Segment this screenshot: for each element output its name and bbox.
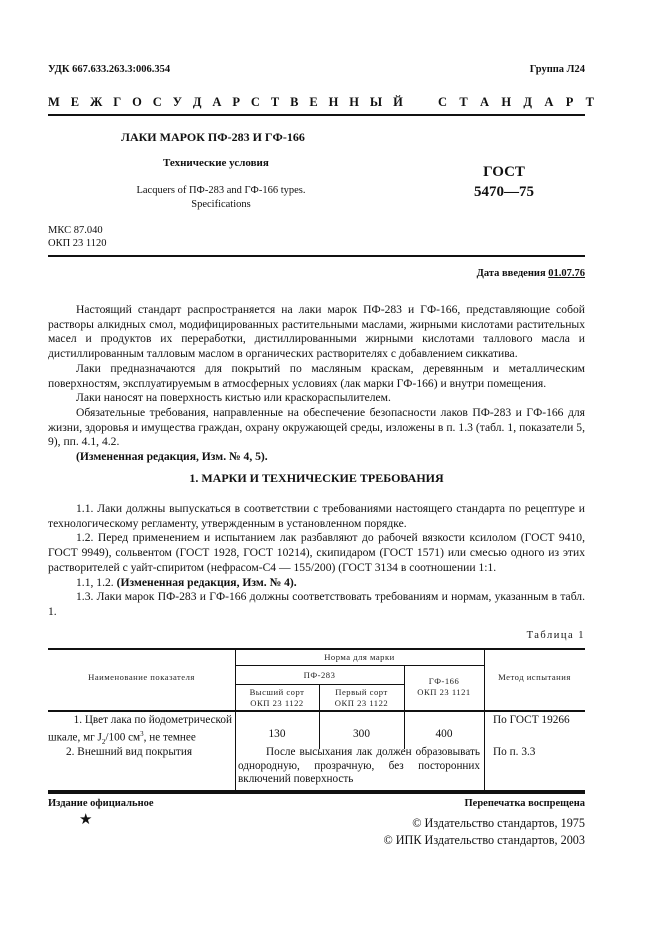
norm-rule (235, 665, 484, 666)
document-subtitle: Технические условия (163, 157, 269, 169)
table-caption: Таблица 1 (527, 630, 585, 641)
row-1-method: По ГОСТ 19266 (493, 714, 570, 726)
clause-1-2: 1.2. Перед применением и испытанием лак … (48, 531, 585, 575)
row-2-merged-value: После высыхания лак должен образовывать … (238, 746, 480, 787)
row-1-unit-pre: шкале, мг J (48, 731, 102, 743)
header-norm: Норма для марки (235, 652, 484, 662)
english-title-line2: Specifications (121, 198, 321, 212)
amendment-prefix: 1.1, 1.2. (76, 576, 114, 589)
table-top-rule (48, 648, 585, 650)
clause-1-3: 1.3. Лаки марок ПФ-283 и ГФ-166 должны с… (48, 590, 585, 619)
header-top-grade-okp: ОКП 23 1122 (235, 698, 319, 709)
row-1-top-grade: 130 (235, 728, 319, 740)
section1-text: 1.1. Лаки должны выпускаться в соответст… (48, 502, 585, 620)
gost-number: 5470—75 (459, 184, 549, 201)
table-row-2-indicator: 2. Внешний вид покрытия (66, 746, 192, 758)
table-header-rule (48, 710, 585, 712)
title-rule (48, 255, 585, 257)
header-indicator: Наименование показателя (48, 672, 235, 682)
header-top-grade: Высший сорт ОКП 23 1122 (235, 687, 319, 709)
intro-text: Настоящий стандарт распространяется на л… (48, 303, 585, 465)
requirements-table: Наименование показателя Норма для марки … (48, 648, 585, 788)
header-gf166: ГФ-166 ОКП 23 1121 (404, 676, 484, 698)
header-first-grade-okp: ОКП 23 1122 (319, 698, 404, 709)
intro-paragraph: Обязательные требования, направленные на… (48, 406, 585, 450)
copyright-1975: © Издательство стандартов, 1975 (383, 815, 585, 832)
header-gf166-name: ГФ-166 (404, 676, 484, 687)
okp-code: ОКП 23 1120 (48, 238, 107, 251)
copyright-block: © Издательство стандартов, 1975 © ИПК Из… (383, 815, 585, 849)
col-divider (484, 648, 485, 790)
header-method: Метод испытания (484, 672, 585, 682)
header-first-grade-name: Первый сорт (319, 687, 404, 698)
section-heading: 1. МАРКИ И ТЕХНИЧЕСКИЕ ТРЕБОВАНИЯ (48, 471, 585, 486)
banner-standard: С Т А Н Д А Р Т (438, 95, 599, 110)
footer-rule (48, 792, 585, 794)
document-title: ЛАКИ МАРОК ПФ-283 И ГФ-166 (121, 130, 305, 145)
clause-1-1: 1.1. Лаки должны выпускаться в соответст… (48, 502, 585, 531)
row-1-indicator-line1: 1. Цвет лака по йодометрической (48, 714, 232, 728)
group-code: Группа Л24 (530, 64, 585, 75)
star-icon: ★ (79, 810, 92, 829)
copyright-2003: © ИПК Издательство стандартов, 2003 (383, 832, 585, 849)
intro-paragraph: Лаки предназначаются для покрытий по мас… (48, 362, 585, 391)
intro-paragraph: Настоящий стандарт распространяется на л… (48, 303, 585, 362)
intro-date-value: 01.07.76 (548, 268, 585, 279)
intro-date-label: Дата введения (477, 268, 546, 279)
english-title: Lacquers of ПФ-283 and ГФ-166 types. Spe… (121, 184, 321, 212)
header-pf283: ПФ-283 (235, 670, 404, 680)
gost-label: ГОСТ (459, 164, 549, 181)
official-edition: Издание официальное (48, 798, 154, 809)
header-top-grade-name: Высший сорт (235, 687, 319, 698)
classification-codes: МКС 87.040 ОКП 23 1120 (48, 225, 107, 250)
row-2-method: По п. 3.3 (493, 746, 535, 758)
reprint-notice: Перепечатка воспрещена (465, 798, 585, 809)
header-rule (48, 114, 585, 116)
banner-interstate: М Е Ж Г О С У Д А Р С Т В Е Н Н Ы Й (48, 95, 407, 110)
row-1-unit-mid: /100 см (105, 731, 140, 743)
table-row-1-indicator: 1. Цвет лака по йодометрической шкале, м… (48, 714, 232, 749)
amendment-note: (Измененная редакция, Изм. № 4, 5). (48, 450, 585, 465)
row-1-unit-post: , не темнее (144, 731, 196, 743)
amendment-text: (Измененная редакция, Изм. № 4). (117, 576, 297, 589)
clause-amendment: 1.1, 1.2. (Измененная редакция, Изм. № 4… (48, 576, 585, 591)
header-first-grade: Первый сорт ОКП 23 1122 (319, 687, 404, 709)
intro-date: Дата введения 01.07.76 (477, 268, 585, 279)
udk-code: УДК 667.633.263.3:006.354 (48, 64, 170, 75)
header-gf166-okp: ОКП 23 1121 (404, 687, 484, 698)
mks-code: МКС 87.040 (48, 225, 107, 238)
english-title-line1: Lacquers of ПФ-283 and ГФ-166 types. (121, 184, 321, 198)
row-1-gf166: 400 (404, 728, 484, 740)
row-1-first-grade: 300 (319, 728, 404, 740)
intro-paragraph: Лаки наносят на поверхность кистью или к… (48, 391, 585, 406)
